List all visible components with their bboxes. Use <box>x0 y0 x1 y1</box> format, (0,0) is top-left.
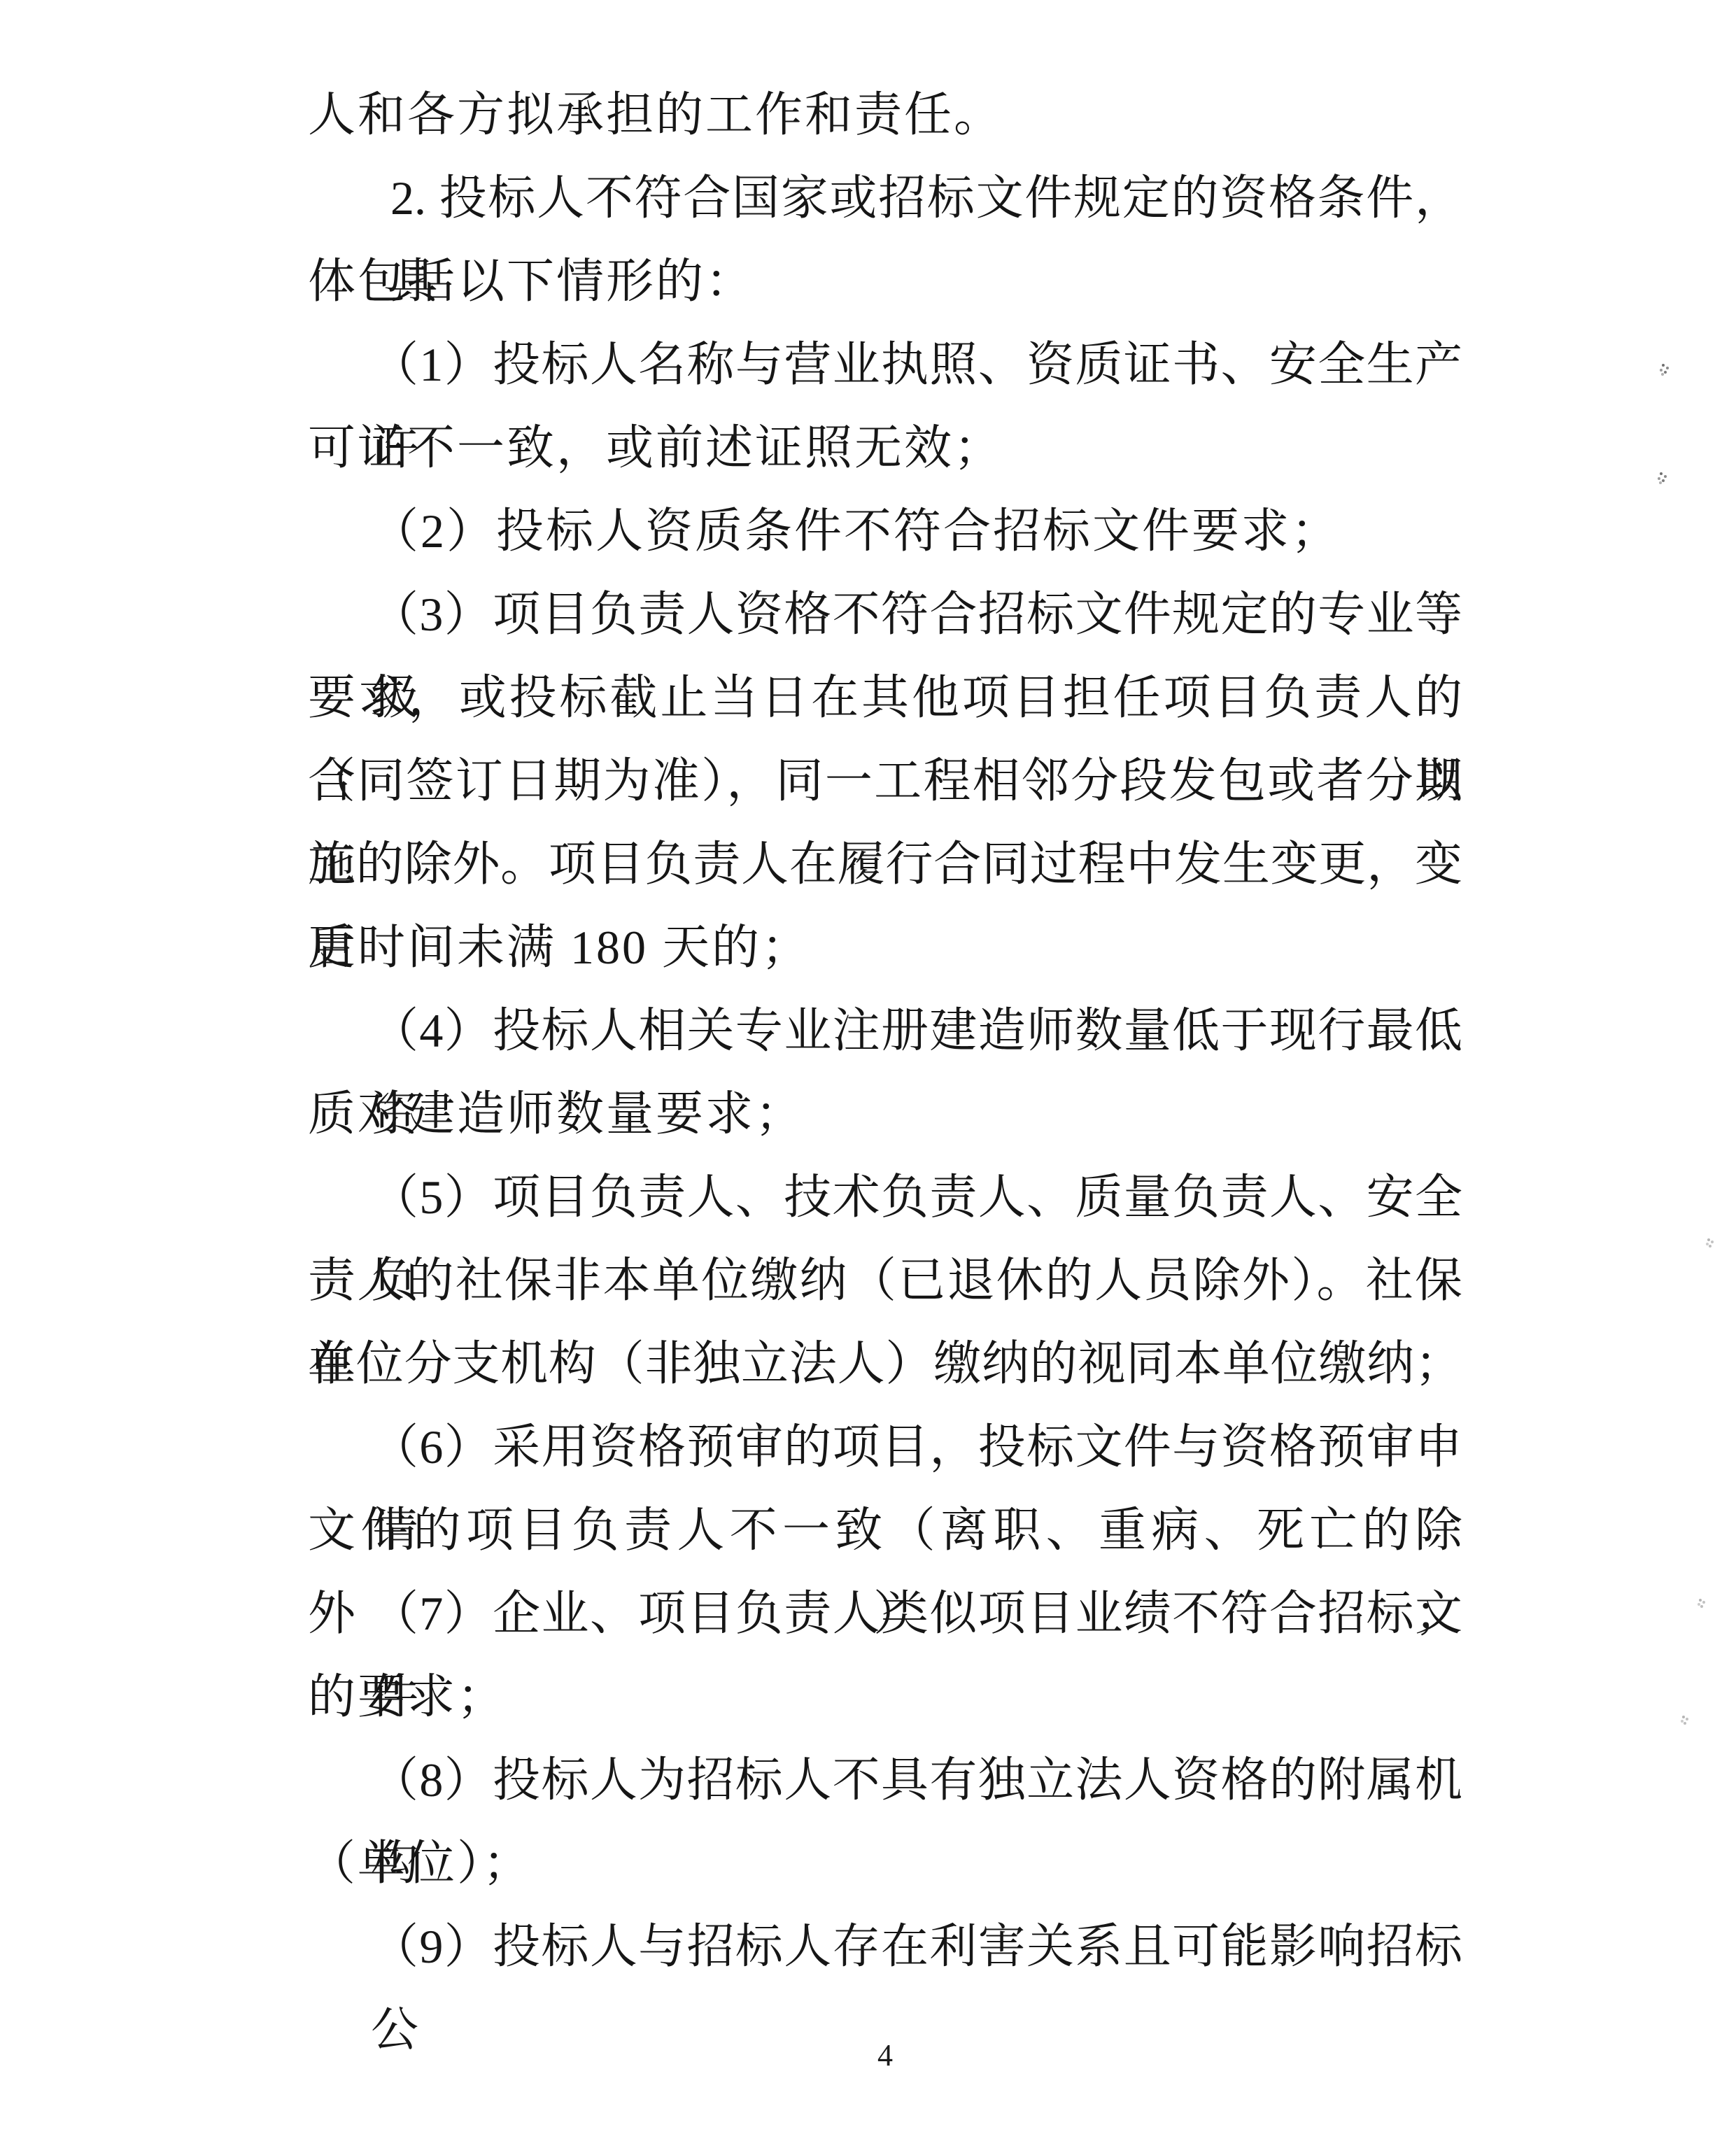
text-line: （3）项目负责人资格不符合招标文件规定的专业等级 <box>308 573 1462 656</box>
text-line: 的要求； <box>308 1655 1462 1739</box>
text-line: 合同签订日期为准），同一工程相邻分段发包或者分期施 <box>308 740 1462 823</box>
page-number: 4 <box>308 2028 1462 2084</box>
text-line: 工的除外。项目负责人在履行合同过程中发生变更，变更 <box>308 823 1462 906</box>
scan-speck <box>1682 1716 1685 1718</box>
text-line: （1）投标人名称与营业执照、资质证书、安全生产许 <box>308 323 1462 407</box>
text-line: （4）投标人相关专业注册建造师数量低于现行最低资 <box>308 989 1462 1073</box>
text-line: 质对建造师数量要求； <box>308 1073 1462 1156</box>
text-line: （6）采用资格预审的项目，投标文件与资格预审申请 <box>308 1406 1462 1489</box>
scan-speck <box>1707 1238 1710 1241</box>
document-body: 人和各方拟承担的工作和责任。 2. 投标人不符合国家或招标文件规定的资格条件，具… <box>308 73 1462 1988</box>
text-line: 2. 投标人不符合国家或招标文件规定的资格条件，具 <box>308 157 1462 240</box>
text-line: （9）投标人与招标人存在利害关系且可能影响招标公 <box>308 1905 1462 1988</box>
scan-speck <box>1662 364 1665 367</box>
text-line: 后时间未满 180 天的； <box>308 906 1462 989</box>
text-line: （8）投标人为招标人不具有独立法人资格的附属机构 <box>308 1739 1462 1822</box>
text-line: （单位）； <box>308 1822 1462 1905</box>
text-line: 责人的社保非本单位缴纳（已退休的人员除外）。社保在 <box>308 1239 1462 1322</box>
scan-speck <box>1660 472 1663 475</box>
text-line: 体包括以下情形的： <box>308 240 1462 323</box>
scan-speck <box>1699 1599 1702 1602</box>
text-line: （2）投标人资质条件不符合招标文件要求； <box>308 490 1462 573</box>
text-line: 要求，或投标截止当日在其他项目担任项目负责人的（以 <box>308 656 1462 740</box>
text-line: （7）企业、项目负责人类似项目业绩不符合招标文件 <box>308 1572 1462 1655</box>
text-line: 单位分支机构（非独立法人）缴纳的视同本单位缴纳； <box>308 1322 1462 1406</box>
text-line: 文件的项目负责人不一致（离职、重病、死亡的除外）； <box>308 1489 1462 1572</box>
text-line: （5）项目负责人、技术负责人、质量负责人、安全负 <box>308 1156 1462 1239</box>
document-page: 人和各方拟承担的工作和责任。 2. 投标人不符合国家或招标文件规定的资格条件，具… <box>0 0 1736 2148</box>
text-line: 人和各方拟承担的工作和责任。 <box>308 73 1462 157</box>
text-line: 可证不一致，或前述证照无效； <box>308 407 1462 490</box>
